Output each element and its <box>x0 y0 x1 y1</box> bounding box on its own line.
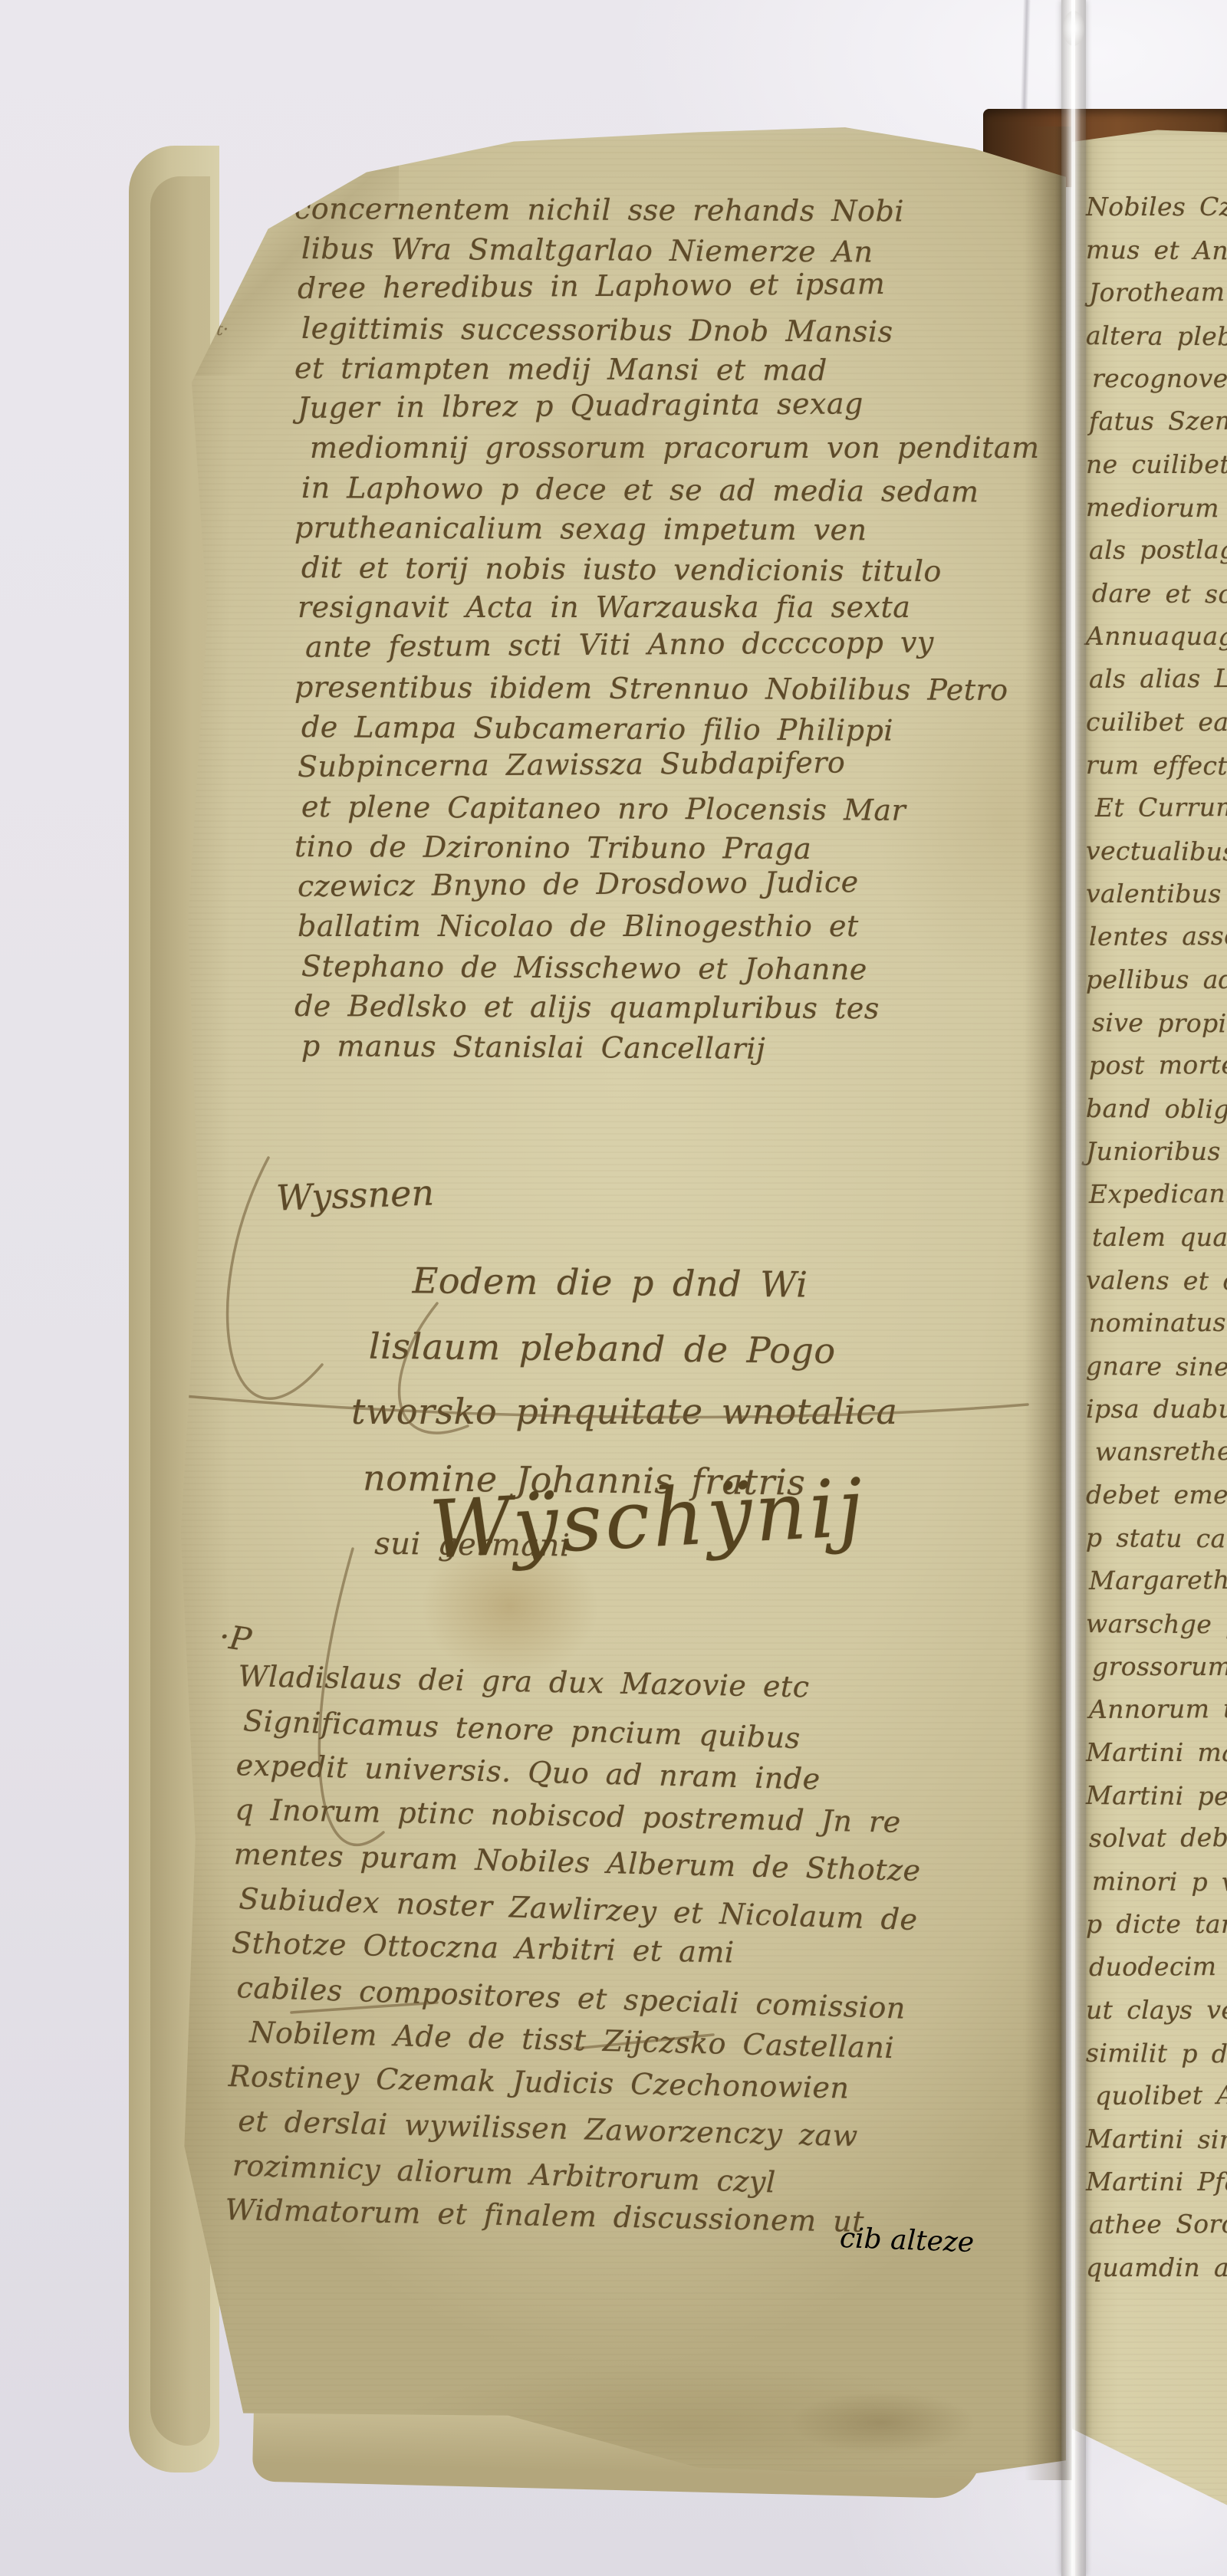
manuscript-line-fragment: recognoverunt <box>1086 357 1227 400</box>
manuscript-line-fragment: rum effectu G <box>1086 744 1227 788</box>
manuscript-line: ante festum scti Viti Anno dccccopp vy <box>298 621 1040 667</box>
manuscript-line: dree heredibus in Laphowo et ipsam <box>298 262 1040 308</box>
manuscript-line-fragment: debet eme pe <box>1086 1474 1227 1516</box>
manuscript-line-fragment: mediorum g <box>1086 486 1227 531</box>
manuscript-line-fragment: Martini Pfat <box>1086 2160 1227 2203</box>
manuscript-line-fragment: Annuaquag <box>1086 615 1227 658</box>
manuscript-line-fragment: Expedicani <box>1089 1172 1227 1216</box>
manuscript-line: Stephano de Misschewo et Johanne <box>301 946 1044 991</box>
manuscript-line: concernentem nichil sse rehands Nobi <box>294 189 1037 232</box>
manuscript-line-fragment: pellibus ad q <box>1086 958 1227 1001</box>
manuscript-line-fragment: altera plebne <box>1086 314 1227 359</box>
manuscript-line: Eodem die p dnd Wi <box>338 1247 899 1319</box>
manuscript-line-fragment: Martini penu <box>1086 1774 1227 1819</box>
manuscript-line-fragment: quolibet Anno <box>1089 2074 1227 2118</box>
manuscript-line-fragment: Margarethe <box>1089 1559 1227 1602</box>
left-page-paragraph-1: concernentem nichil sse rehands Nobilibu… <box>298 189 1040 1066</box>
manuscript-line: resignavit Acta in Warzauska fia sexta <box>298 587 1040 627</box>
manuscript-line-fragment: Nobiles Cze <box>1086 186 1227 228</box>
manuscript-line: p manus Stanislai Cancellarij <box>301 1026 1044 1070</box>
manuscript-line: tworsko pinquitate wnotalica <box>337 1378 897 1444</box>
right-page-text: Nobiles Czemus et AnJorotheam Galtera pl… <box>1086 186 1227 2289</box>
manuscript-line-fragment: mus et An <box>1086 228 1227 273</box>
manuscript-line-fragment: vectualibus <box>1086 830 1227 874</box>
manuscript-line-fragment: ne cuilibet so <box>1086 443 1227 486</box>
manuscript-line-fragment: Annorum ter <box>1089 1687 1227 1731</box>
manuscript-line-fragment: p dicte tandiu <box>1086 1903 1227 1946</box>
manuscript-line-fragment: als postlag <box>1089 528 1227 572</box>
manuscript-line: legittimis successoribus Dnob Mansis <box>301 308 1044 353</box>
manuscript-line-fragment: valentibus q <box>1086 872 1227 915</box>
manuscript-line-fragment: wansrethe et <box>1089 1430 1227 1474</box>
manuscript-line-fragment: als alias L <box>1089 657 1227 701</box>
manuscript-line-fragment: grossorum a <box>1086 1645 1227 1688</box>
manuscript-line-fragment: nominatus Re <box>1089 1301 1227 1345</box>
manuscript-line-fragment: minori p vi <box>1086 1860 1227 1904</box>
manuscript-line-fragment: quamdin ad <box>1086 2246 1227 2289</box>
manuscript-line: Juger in lbrez p Quadraginta sexag <box>298 382 1040 428</box>
manuscript-line: et plene Capitaneo nro Plocensis Mar <box>301 787 1044 831</box>
manuscript-line-fragment: band obligat <box>1086 1087 1227 1132</box>
manuscript-line-fragment: Junioribus <box>1086 1130 1227 1173</box>
manuscript-line-fragment: similit p du <box>1086 2032 1227 2076</box>
left-page-paragraph-3: Wladislaus dei gra dux Mazovie etcSignif… <box>225 1654 926 2249</box>
manuscript-line: in Laphowo p dece et se ad media sedam <box>301 468 1044 512</box>
manuscript-line-fragment: Martini mapr <box>1086 1731 1227 1774</box>
manuscript-line-fragment: Et Currum q <box>1089 786 1227 830</box>
paragraph-closing-word: Wyssnen <box>275 1171 435 1218</box>
manuscript-line: lislaum pleband de Pogo <box>337 1313 898 1385</box>
glass-weight-rod <box>1061 0 1086 2576</box>
rod-highlight <box>1071 0 1075 2576</box>
left-page: concernentem nichil sse rehands Nobilibu… <box>146 123 1066 2484</box>
manuscript-line: de Bedlsko et alijs quampluribus tes <box>294 986 1037 1029</box>
photograph-scene: concernentem nichil sse rehands Nobilibu… <box>0 0 1227 2576</box>
manuscript-line: mediomnij grossorum pracorum von pendita… <box>298 428 1040 468</box>
manuscript-line-fragment: warschge p d <box>1086 1602 1227 1647</box>
manuscript-line-fragment: post mortem <box>1089 1043 1227 1087</box>
margin-mark: ·P <box>217 1617 254 1658</box>
manuscript-line-fragment: Jorotheam G <box>1089 271 1227 314</box>
stain-blob <box>790 2392 974 2453</box>
manuscript-line: dit et torij nobis iusto vendicionis tit… <box>301 547 1044 592</box>
manuscript-line-fragment: valens et ce <box>1086 1259 1227 1303</box>
paragraph-final-line: cib alteze <box>839 2223 975 2259</box>
manuscript-line-fragment: ut clays ve <box>1086 1989 1227 2032</box>
manuscript-line-fragment: gnare sine q <box>1086 1345 1227 1389</box>
manuscript-line-fragment: dare et solve <box>1086 572 1227 616</box>
manuscript-line-fragment: duodecim Ann <box>1089 1945 1227 1989</box>
right-page: Nobiles Czemus et AnJorotheam Galtera pl… <box>1072 129 1227 2515</box>
manuscript-line-fragment: p statu carnu <box>1086 1516 1227 1561</box>
manuscript-line: Subpincerna Zawissza Subdapifero <box>298 741 1040 787</box>
manuscript-line: ballatim Nicolao de Blinogesthio et <box>298 906 1040 946</box>
manuscript-line-fragment: ipsa duabus <box>1086 1388 1227 1431</box>
manuscript-line: prutheanicalium sexag impetum ven <box>294 508 1037 550</box>
manuscript-line-fragment: cuilibet earum <box>1086 701 1227 744</box>
manuscript-line-fragment: Martini similit <box>1086 2118 1227 2162</box>
manuscript-line-fragment: solvat debet <box>1089 1816 1227 1860</box>
manuscript-line-fragment: lentes assere <box>1089 915 1227 958</box>
manuscript-line-fragment: talem qualem <box>1086 1216 1227 1259</box>
manuscript-line: presentibus ibidem Strennuo Nobilibus Pe… <box>294 667 1037 710</box>
manuscript-line-fragment: fatus Szema <box>1089 399 1227 443</box>
manuscript-line-fragment: athee Sorori <box>1089 2203 1227 2246</box>
manuscript-line-fragment: sive propinet <box>1086 1001 1227 1046</box>
manuscript-line: czewicz Bnyno de Drosdowo Judice <box>298 860 1040 906</box>
